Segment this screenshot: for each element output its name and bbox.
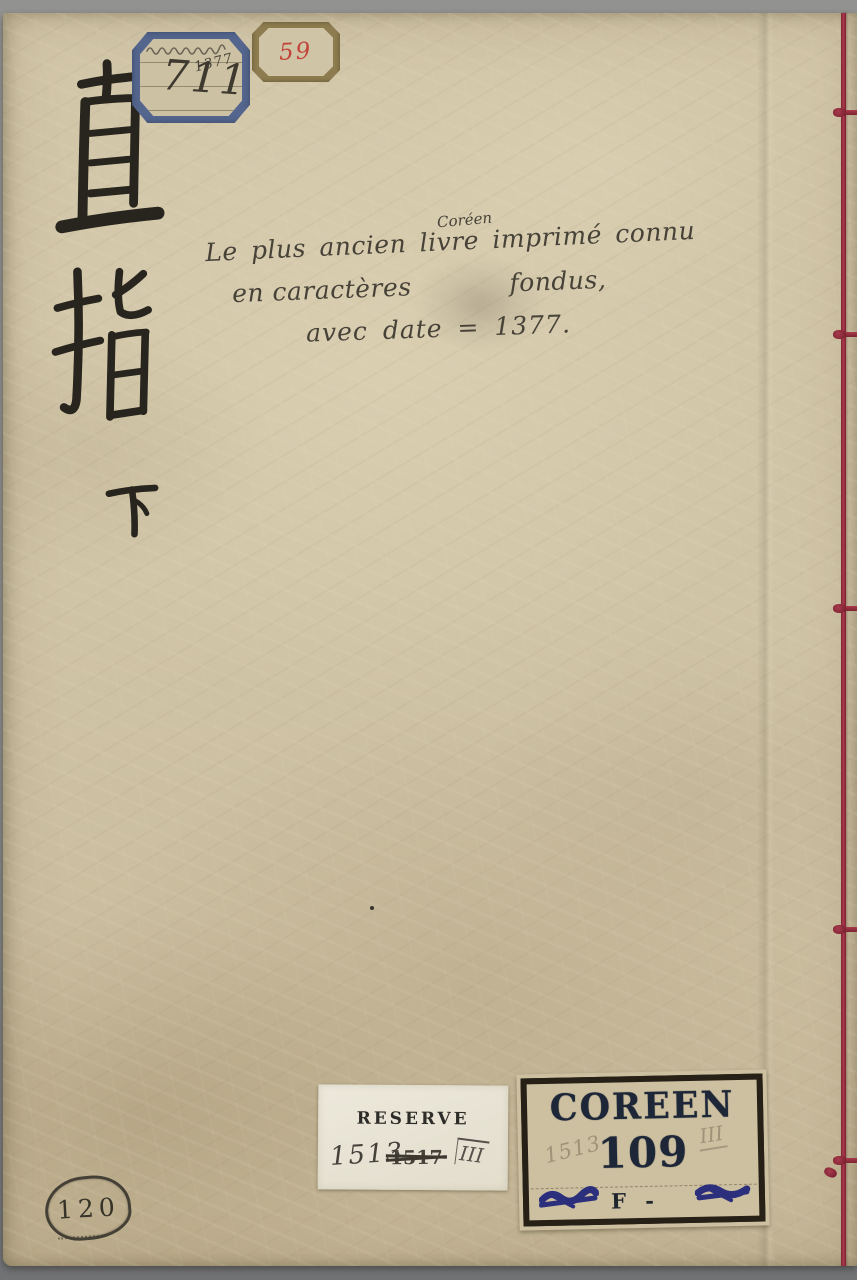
reserve-crossed-number: 1517	[390, 1147, 443, 1170]
photograph-stage: 1377 711 59 Coréen Le plus ancien livre …	[0, 0, 857, 1280]
binding-knot	[833, 925, 846, 934]
calligraphy-char-ha-volume	[103, 478, 161, 540]
binding-knot	[833, 108, 846, 117]
ink-speck	[370, 906, 374, 910]
binding-thread-vertical	[841, 13, 846, 1266]
binding-knot	[833, 604, 846, 613]
coreen-label: COREEN 1513 109 III F -	[516, 1069, 769, 1230]
blue-ink-scribble	[539, 1185, 600, 1212]
coreen-printed-number: 109	[518, 1125, 769, 1179]
blue-octagon-label: 1377 711	[132, 32, 250, 123]
reserve-roman-numeral: III	[454, 1137, 489, 1168]
gold-label-number: 59	[279, 38, 314, 66]
coreen-pencil-roman: III	[696, 1121, 728, 1152]
inscription-line2-end: fondus,	[509, 265, 607, 298]
blue-ink-scribble	[695, 1180, 752, 1207]
binding-knot	[833, 1156, 846, 1165]
reserve-label: RESERVE 1513 1517 III	[318, 1084, 509, 1190]
oval-stamp-number: 120	[56, 1192, 120, 1224]
coreen-bottom-text: F -	[611, 1188, 660, 1214]
inscription-line2-gap	[412, 292, 510, 296]
gold-octagon-face: 59	[259, 28, 333, 76]
coreen-title: COREEN	[517, 1083, 768, 1131]
calligraphy-char-ji	[48, 266, 168, 438]
blue-label-large-digits: 711	[161, 54, 250, 102]
binding-knot	[833, 330, 846, 339]
reserve-stamp-text: RESERVE	[318, 1108, 508, 1129]
gold-octagon-label: 59	[252, 22, 340, 82]
blue-octagon-face: 1377 711	[140, 39, 242, 116]
